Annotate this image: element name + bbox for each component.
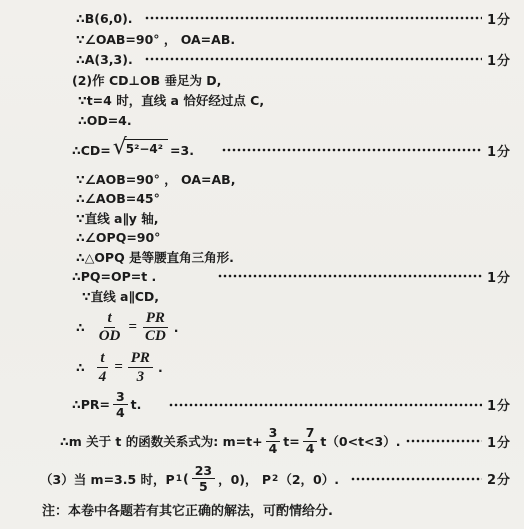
score-badge: 1分 (487, 9, 511, 28)
fraction-7-4: 7 4 (303, 426, 318, 456)
numerator: PR (143, 310, 168, 328)
radicand: 5²−4² (124, 139, 168, 161)
dotted-leader (218, 269, 482, 283)
proof-line-pr-result: ∴PR= 3 4 t. 1分 (0, 387, 511, 423)
fraction-3-4: 3 4 (266, 426, 281, 456)
proof-line-cd-sqrt: ∴CD= √ 5²−4² =3. 1分 (0, 131, 511, 169)
period: . (174, 320, 179, 335)
proof-line-function-relation: ∴m 关于 t 的函数关系式为: m=t+ 3 4 t= 7 4 t（0<t<3… (0, 423, 511, 460)
fraction-pr-3: PR 3 (128, 350, 153, 385)
dotted-leader (145, 11, 482, 25)
line-text: ∵直线 a∥CD, (82, 287, 159, 305)
line-text: ∴OD=4. (78, 113, 132, 128)
line-text: ∴∠OPQ=90° (76, 230, 160, 245)
fraction-pr-cd: PR CD (142, 310, 169, 345)
proof-line-proportion-1: ∴ t OD = PR CD . (0, 306, 511, 349)
numerator: 23 (192, 464, 215, 479)
subscript-2: 2 (272, 474, 278, 484)
line-text-suffix: t（0<t<3）. (320, 432, 400, 450)
denominator: 3 (134, 368, 148, 385)
line-text-prefix: ∴PR= (72, 397, 110, 412)
fraction-3-4: 3 4 (113, 390, 128, 420)
equals-sign: = (128, 318, 137, 334)
numerator: PR (128, 350, 153, 368)
proof-line-od: ∴OD=4. (0, 111, 511, 132)
score-badge: 1分 (487, 395, 511, 414)
equals-sign: = (114, 359, 123, 375)
line-text-prefix: （3）当 m=3.5 时，P (40, 470, 175, 488)
open-paren: ( (183, 471, 189, 486)
period: . (158, 360, 163, 375)
proof-line-aob-angle: ∵∠AOB=90° ， OA=AB, (0, 169, 511, 189)
denominator: CD (142, 328, 169, 345)
line-text-mid: ，0)， P (218, 470, 271, 488)
fraction-23-5: 23 5 (192, 464, 215, 494)
line-text-prefix: ∴CD= (72, 143, 111, 158)
score-badge: 1分 (487, 267, 511, 286)
denominator: 4 (96, 368, 110, 385)
line-text-suffix: （2，0）. (279, 470, 339, 488)
line-text: (2)作 CD⊥OB 垂足为 D, (72, 71, 221, 89)
dotted-leader (169, 398, 482, 412)
math-proportion: t OD = PR CD (91, 310, 174, 345)
proof-line-a-point: ∴A(3,3). 1分 (0, 49, 511, 70)
denominator: 4 (303, 442, 318, 456)
therefore-symbol: ∴ (76, 320, 85, 335)
proof-line-t4-condition: ∵t=4 时，直线 a 恰好经过点 C, (0, 90, 511, 111)
radical-sign: √ (113, 137, 127, 159)
line-text: ∵∠AOB=90° ， OA=AB, (76, 170, 235, 188)
line-text: ∴B(6,0). (76, 11, 133, 26)
subscript-1: 1 (176, 474, 182, 484)
proof-line-pq-op: ∴PQ=OP=t . 1分 (0, 267, 511, 287)
proof-line-part3-answer: （3）当 m=3.5 时，P1( 23 5 ，0)， P2 （2，0）. 2分 (0, 460, 511, 498)
proof-line-part2-construction: (2)作 CD⊥OB 垂足为 D, (0, 70, 511, 91)
numerator: 3 (266, 426, 281, 441)
proof-line-isosceles-triangle: ∴△OPQ 是等腰直角三角形. (0, 247, 511, 267)
score-badge: 2分 (487, 469, 511, 488)
proof-line-proportion-2: ∴ t 4 = PR 3 . (0, 349, 511, 387)
line-text: ∴△OPQ 是等腰直角三角形. (76, 248, 234, 266)
square-root-expression: √ 5²−4² (113, 139, 168, 161)
answer-sheet-page: ∴B(6,0). 1分 ∵∠OAB=90° ， OA=AB. ∴A(3,3). … (0, 0, 524, 529)
fraction-t-od: t OD (96, 310, 124, 345)
dotted-leader (351, 472, 482, 486)
line-text: ∴∠AOB=45° (76, 191, 160, 206)
line-text: ∴PQ=OP=t . (72, 269, 156, 284)
denominator: 4 (266, 442, 281, 456)
line-text-mid: t= (283, 434, 299, 449)
score-badge: 1分 (487, 50, 511, 69)
line-text: ∵t=4 时，直线 a 恰好经过点 C, (78, 91, 264, 109)
math-proportion: t 4 = PR 3 (91, 350, 158, 385)
proof-line-parallel-y: ∵直线 a∥y 轴, (0, 208, 511, 228)
numerator: 7 (303, 426, 318, 441)
proof-line-opq-90: ∴∠OPQ=90° (0, 228, 511, 248)
footer-note: 注：本卷中各题若有其它正确的解法，可酌情给分. (0, 498, 511, 522)
dotted-leader (406, 434, 481, 448)
line-text-prefix: ∴m 关于 t 的函数关系式为: m=t+ (60, 432, 263, 450)
therefore-symbol: ∴ (76, 360, 85, 375)
proof-line-b-point: ∴B(6,0). 1分 (0, 8, 511, 29)
proof-line-oab-angle: ∵∠OAB=90° ， OA=AB. (0, 29, 511, 50)
numerator: 3 (113, 390, 128, 405)
dotted-leader (222, 143, 482, 157)
denominator: 5 (196, 479, 211, 493)
numerator: t (97, 350, 107, 368)
numerator: t (104, 310, 114, 328)
score-badge: 1分 (487, 432, 511, 451)
proof-line-parallel-cd: ∵直线 a∥CD, (0, 286, 511, 306)
score-badge: 1分 (487, 141, 511, 160)
denominator: OD (96, 328, 124, 345)
line-text-suffix: =3. (170, 143, 194, 158)
line-text: ∴A(3,3). (76, 52, 133, 67)
fraction-t-4: t 4 (96, 350, 110, 385)
line-text: ∵直线 a∥y 轴, (76, 209, 158, 227)
note-text: 注：本卷中各题若有其它正确的解法，可酌情给分. (42, 500, 333, 519)
proof-line-aob-45: ∴∠AOB=45° (0, 189, 511, 209)
line-text: ∵∠OAB=90° ， OA=AB. (76, 30, 235, 48)
line-text-suffix: t. (131, 397, 142, 412)
dotted-leader (145, 52, 482, 66)
denominator: 4 (113, 405, 128, 419)
